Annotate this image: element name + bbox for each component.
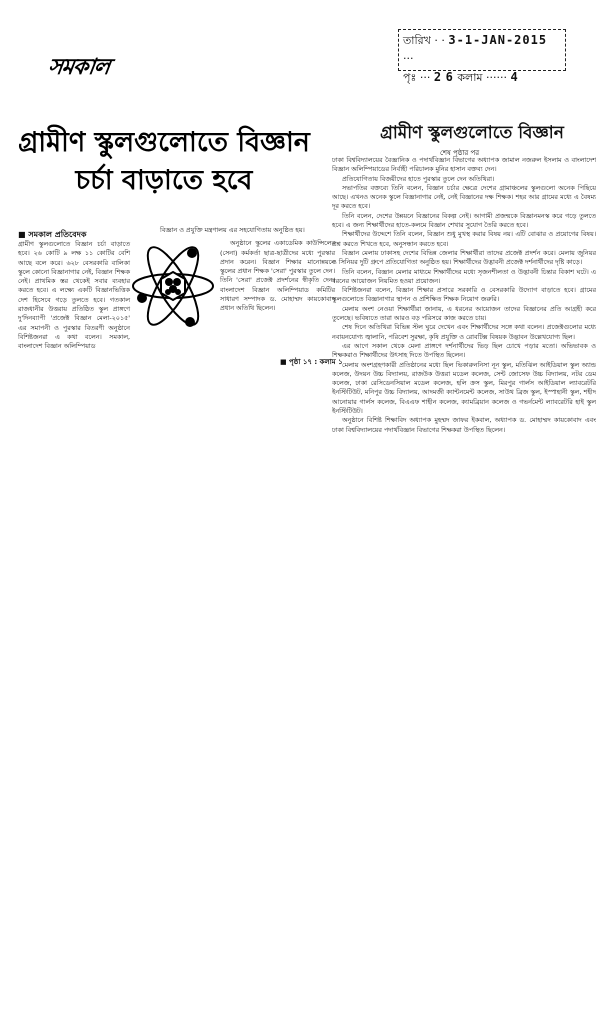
- article-paragraph: এর আগে সকাল থেকে মেলা প্রাঙ্গণে দর্শনার্…: [332, 342, 596, 361]
- article-paragraph: সভাপতির বক্তব্যে তিনি বলেন, বিজ্ঞান চর্চ…: [332, 184, 596, 212]
- continuation-body: ঢাকা বিশ্ববিদ্যালয়ের বৈজ্ঞানিক ও পদার্থ…: [332, 156, 596, 964]
- article-paragraph: প্রতিযোগিতায় বিজয়ীদের হাতে পুরস্কার তু…: [332, 175, 596, 184]
- article-paragraph: অনুষ্ঠানে স্কুলের একাডেমিক কাউন্সিলের (স…: [160, 239, 335, 313]
- article-body-middle: বিজ্ঞান ও প্রযুক্তি মন্ত্রণালয় এর সহযোগ…: [160, 226, 335, 314]
- stamp-page-value: 2: [434, 70, 442, 84]
- article-paragraph: ঢাকা বিশ্ববিদ্যালয়ের বৈজ্ঞানিক ও পদার্থ…: [332, 156, 596, 175]
- article-paragraph: অনুষ্ঠানে বিশিষ্ট শিক্ষাবিদ অধ্যাপক মুহম…: [332, 416, 596, 435]
- continuation-headline: গ্রামীণ স্কুলগুলোতে বিজ্ঞান: [352, 120, 592, 148]
- article-paragraph: গ্রামীণ স্কুলগুলোতে বিজ্ঞান চর্চা বাড়াত…: [18, 240, 130, 352]
- headline-line-1: গ্রামীণ স্কুলগুলোতে বিজ্ঞান: [14, 124, 314, 162]
- stamp-extra-value: 4: [511, 70, 519, 84]
- article-headline: গ্রামীণ স্কুলগুলোতে বিজ্ঞান চর্চা বাড়াত…: [14, 124, 314, 200]
- stamp-column-value: 6: [446, 70, 454, 84]
- article-paragraph: বিজ্ঞান মেলায় ঢাকাসহ দেশের বিভিন্ন জেলা…: [332, 249, 596, 268]
- article-paragraph: বিজ্ঞান ও প্রযুক্তি মন্ত্রণালয় এর সহযোগ…: [160, 226, 335, 235]
- stamp-date-row: তারিখ · · 3-1-JAN-2015 ···: [403, 31, 561, 68]
- headline-line-2: চর্চা বাড়াতে হবে: [14, 162, 314, 200]
- article-paragraph: বিশিষ্টজনরা বলেন, বিজ্ঞান শিক্ষার প্রসার…: [332, 286, 596, 305]
- stamp-page-label: পৃঃ: [403, 71, 416, 84]
- stamp-column-label: কলাম: [457, 71, 482, 84]
- article-paragraph: তিনি বলেন, দেশের উন্নয়নে বিজ্ঞানের বিকল…: [332, 212, 596, 231]
- article-paragraph: শেষ দিনে অতিথিরা বিভিন্ন স্টল ঘুরে দেখেন…: [332, 323, 596, 342]
- stamp-date-label: তারিখ: [403, 34, 431, 47]
- newspaper-masthead: সমকাল: [45, 50, 111, 87]
- article-paragraph: মেলায় অংশ নেওয়া শিক্ষার্থীরা জানায়, এ…: [332, 305, 596, 324]
- article-paragraph: শিক্ষার্থীদের উদ্দেশে তিনি বলেন, বিজ্ঞান…: [332, 230, 596, 249]
- stamp-page-row: পৃঃ ··· 2 6 কলাম ······ 4: [403, 68, 561, 87]
- stamp-date-value: 3-1-JAN-2015: [448, 33, 547, 47]
- article-paragraph: মেলায় অংশগ্রহণকারী প্রতিষ্ঠানের মধ্যে ছ…: [332, 361, 596, 417]
- article-paragraph: তিনি বলেন, বিজ্ঞান মেলার মাধ্যমে শিক্ষার…: [332, 268, 596, 287]
- archive-date-stamp: তারিখ · · 3-1-JAN-2015 ··· পৃঃ ··· 2 6 ক…: [398, 29, 566, 71]
